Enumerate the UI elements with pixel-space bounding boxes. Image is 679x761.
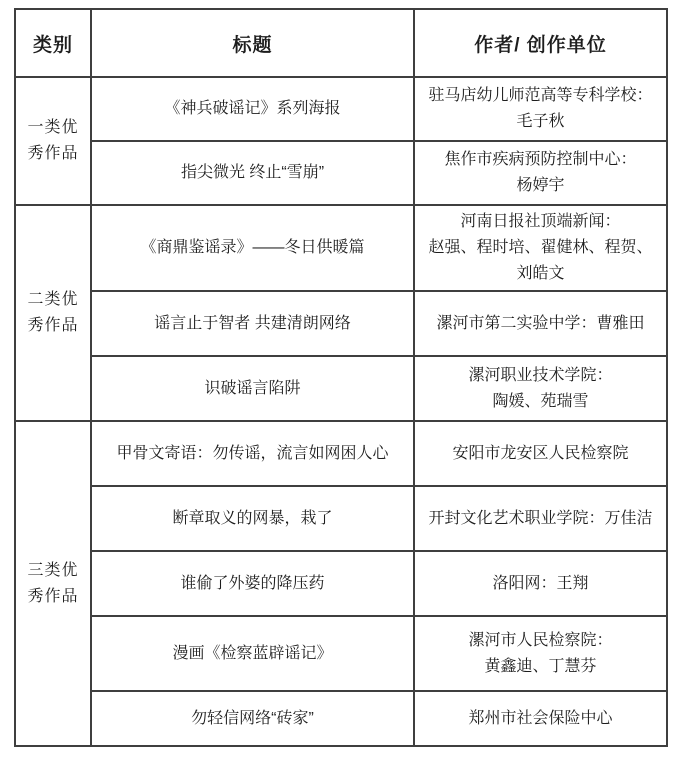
title-cell: 指尖微光 终止“雪崩” bbox=[91, 141, 414, 205]
title-cell: 谣言止于智者 共建清朗网络 bbox=[91, 291, 414, 356]
author-cell: 开封文化艺术职业学院：万佳洁 bbox=[414, 486, 667, 551]
author-cell: 漯河职业技术学院： 陶媛、苑瑞雪 bbox=[414, 356, 667, 421]
header-row: 类别 标题 作者/ 创作单位 bbox=[15, 9, 667, 77]
author-cell: 郑州市社会保险中心 bbox=[414, 691, 667, 746]
author-cell: 焦作市疾病预防控制中心： 杨婷宇 bbox=[414, 141, 667, 205]
table-row: 二类优 秀作品 《商鼎鉴谣录》——冬日供暖篇 河南日报社顶端新闻： 赵强、程时培… bbox=[15, 205, 667, 291]
column-header-author: 作者/ 创作单位 bbox=[414, 9, 667, 77]
author-cell: 洛阳网：王翔 bbox=[414, 551, 667, 616]
title-cell: 识破谣言陷阱 bbox=[91, 356, 414, 421]
category-cell-class-1: 一类优 秀作品 bbox=[15, 77, 91, 205]
title-cell: 《商鼎鉴谣录》——冬日供暖篇 bbox=[91, 205, 414, 291]
table-row: 三类优 秀作品 甲骨文寄语：勿传谣，流言如网困人心 安阳市龙安区人民检察院 bbox=[15, 421, 667, 486]
table-row: 一类优 秀作品 《神兵破谣记》系列海报 驻马店幼儿师范高等专科学校： 毛子秋 bbox=[15, 77, 667, 141]
title-cell: 甲骨文寄语：勿传谣，流言如网困人心 bbox=[91, 421, 414, 486]
title-cell: 《神兵破谣记》系列海报 bbox=[91, 77, 414, 141]
author-cell: 驻马店幼儿师范高等专科学校： 毛子秋 bbox=[414, 77, 667, 141]
table-row: 指尖微光 终止“雪崩” 焦作市疾病预防控制中心： 杨婷宇 bbox=[15, 141, 667, 205]
author-cell: 漯河市人民检察院： 黄鑫迪、丁慧芬 bbox=[414, 616, 667, 691]
title-cell: 断章取义的网暴，栽了 bbox=[91, 486, 414, 551]
table-row: 识破谣言陷阱 漯河职业技术学院： 陶媛、苑瑞雪 bbox=[15, 356, 667, 421]
table-row: 勿轻信网络“砖家” 郑州市社会保险中心 bbox=[15, 691, 667, 746]
column-header-title: 标题 bbox=[91, 9, 414, 77]
column-header-category: 类别 bbox=[15, 9, 91, 77]
table-row: 谣言止于智者 共建清朗网络 漯河市第二实验中学：曹雅田 bbox=[15, 291, 667, 356]
title-cell: 谁偷了外婆的降压药 bbox=[91, 551, 414, 616]
category-cell-class-3: 三类优 秀作品 bbox=[15, 421, 91, 746]
table-row: 断章取义的网暴，栽了 开封文化艺术职业学院：万佳洁 bbox=[15, 486, 667, 551]
table-row: 漫画《检察蓝辟谣记》 漯河市人民检察院： 黄鑫迪、丁慧芬 bbox=[15, 616, 667, 691]
author-cell: 河南日报社顶端新闻： 赵强、程时培、翟健林、程贺、 刘皓文 bbox=[414, 205, 667, 291]
category-cell-class-2: 二类优 秀作品 bbox=[15, 205, 91, 421]
author-cell: 漯河市第二实验中学：曹雅田 bbox=[414, 291, 667, 356]
author-cell: 安阳市龙安区人民检察院 bbox=[414, 421, 667, 486]
page: 类别 标题 作者/ 创作单位 一类优 秀作品 《神兵破谣记》系列海报 驻马店幼儿… bbox=[0, 0, 679, 761]
table-row: 谁偷了外婆的降压药 洛阳网：王翔 bbox=[15, 551, 667, 616]
title-cell: 勿轻信网络“砖家” bbox=[91, 691, 414, 746]
title-cell: 漫画《检察蓝辟谣记》 bbox=[91, 616, 414, 691]
awards-table: 类别 标题 作者/ 创作单位 一类优 秀作品 《神兵破谣记》系列海报 驻马店幼儿… bbox=[14, 8, 668, 747]
